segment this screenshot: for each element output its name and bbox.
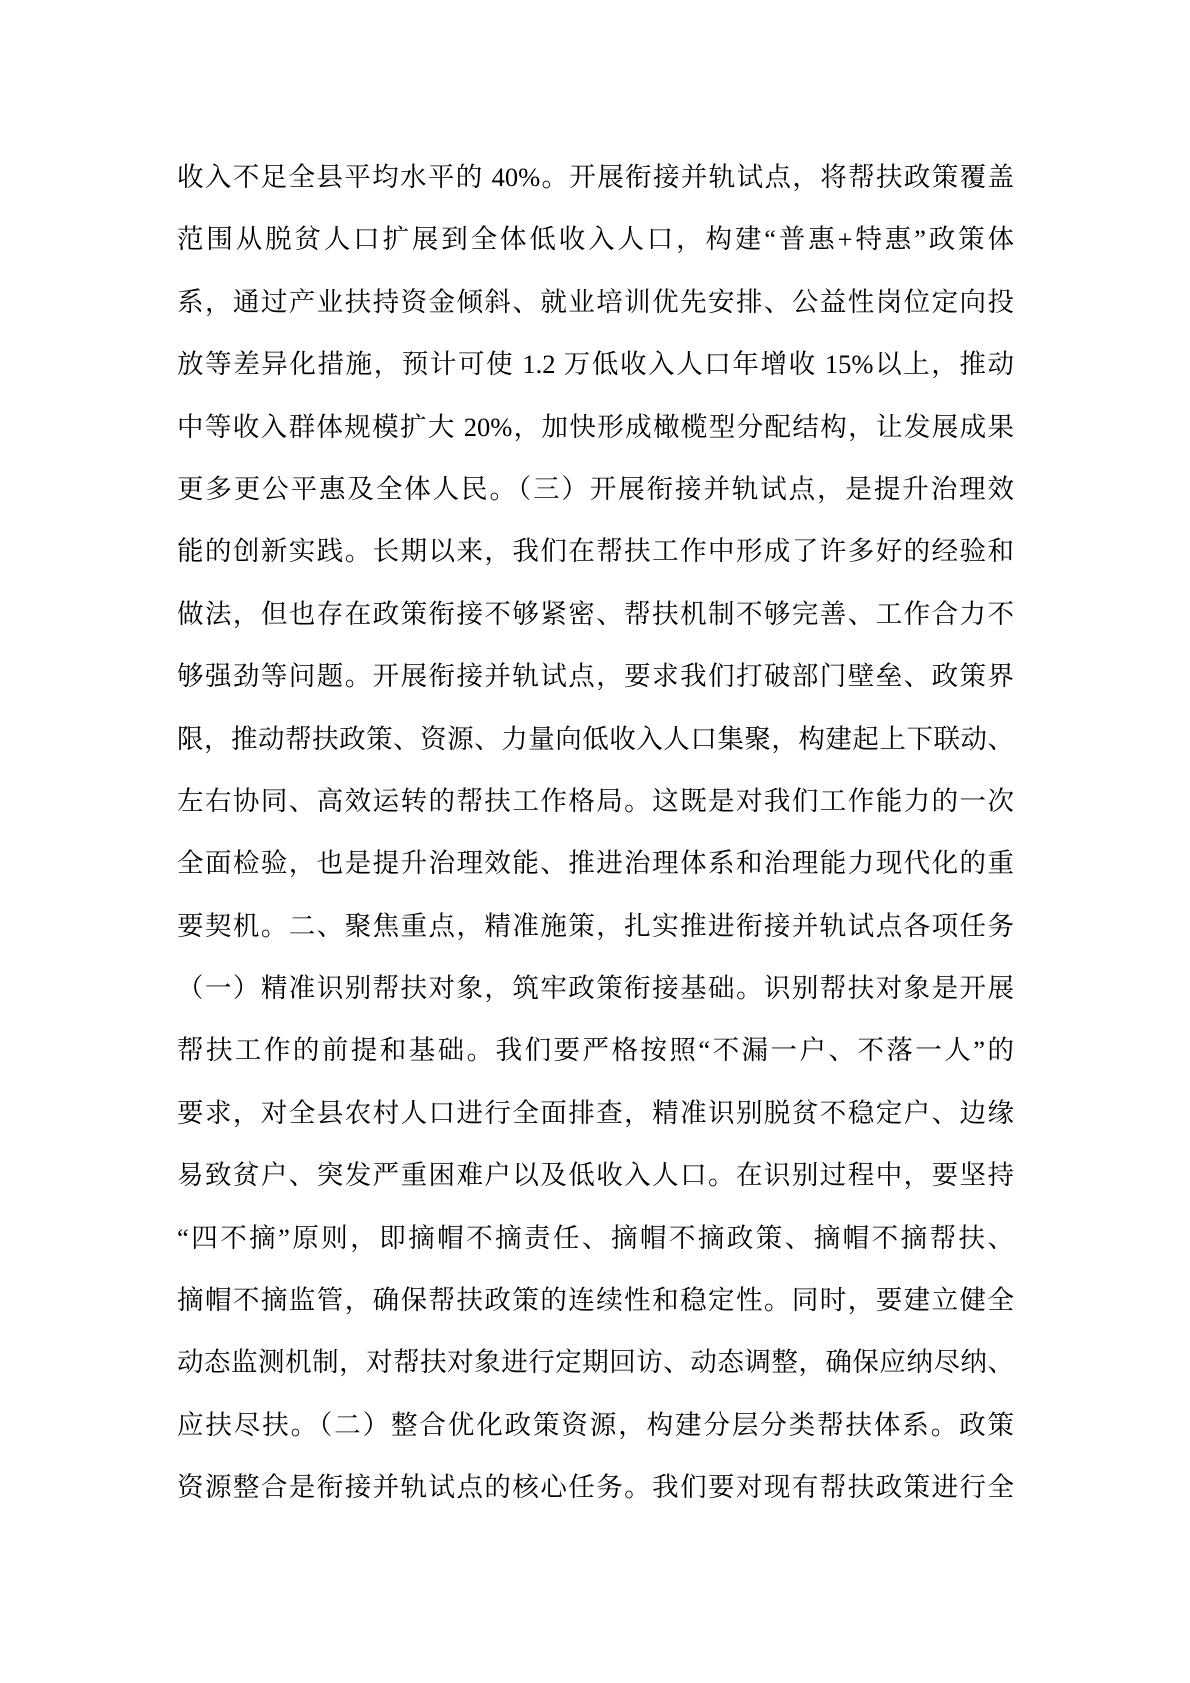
text-line: 帮扶工作的前提和基础。我们要严格按照“不漏一户、不落一人”的 — [177, 1019, 1014, 1081]
text-line: 做法，但也存在政策衔接不够紧密、帮扶机制不够完善、工作合力不 — [177, 583, 1014, 645]
text-line: 左右协同、高效运转的帮扶工作格局。这既是对我们工作能力的一次 — [177, 770, 1014, 832]
text-line: 全面检验，也是提升治理效能、推进治理体系和治理能力现代化的重 — [177, 832, 1014, 894]
text-line: 摘帽不摘监管，确保帮扶政策的连续性和稳定性。同时，要建立健全 — [177, 1269, 1014, 1331]
text-line: 系，通过产业扶持资金倾斜、就业培训优先安排、公益性岗位定向投 — [177, 271, 1014, 333]
text-line: 动态监测机制，对帮扶对象进行定期回访、动态调整，确保应纳尽纳、 — [177, 1331, 1014, 1393]
text-line: 资源整合是衔接并轨试点的核心任务。我们要对现有帮扶政策进行全 — [177, 1456, 1014, 1518]
text-line: 限，推动帮扶政策、资源、力量向低收入人口集聚，构建起上下联动、 — [177, 708, 1014, 770]
text-line: 要求，对全县农村人口进行全面排查，精准识别脱贫不稳定户、边缘 — [177, 1082, 1014, 1144]
text-line: 范围从脱贫人口扩展到全体低收入人口，构建“普惠+特惠”政策体 — [177, 208, 1014, 270]
text-line: 要契机。二、聚焦重点，精准施策，扎实推进衔接并轨试点各项任务 — [177, 895, 1014, 957]
text-line: 中等收入群体规模扩大 20%，加快形成橄榄型分配结构，让发展成果 — [177, 396, 1014, 458]
text-line: 能的创新实践。长期以来，我们在帮扶工作中形成了许多好的经验和 — [177, 520, 1014, 582]
text-line: 更多更公平惠及全体人民。（三）开展衔接并轨试点，是提升治理效 — [177, 458, 1014, 520]
text-line: 放等差异化措施，预计可使 1.2 万低收入人口年增收 15%以上，推动 — [177, 333, 1014, 395]
text-line: 易致贫户、突发严重困难户以及低收入人口。在识别过程中，要坚持 — [177, 1144, 1014, 1206]
text-line: “四不摘”原则，即摘帽不摘责任、摘帽不摘政策、摘帽不摘帮扶、 — [177, 1207, 1014, 1269]
text-line: 收入不足全县平均水平的 40%。开展衔接并轨试点，将帮扶政策覆盖 — [177, 146, 1014, 208]
document-body: 收入不足全县平均水平的 40%。开展衔接并轨试点，将帮扶政策覆盖范围从脱贫人口扩… — [177, 146, 1014, 1519]
text-line: 够强劲等问题。开展衔接并轨试点，要求我们打破部门壁垒、政策界 — [177, 645, 1014, 707]
text-line: （一）精准识别帮扶对象，筑牢政策衔接基础。识别帮扶对象是开展 — [177, 957, 1014, 1019]
document-page: 收入不足全县平均水平的 40%。开展衔接并轨试点，将帮扶政策覆盖范围从脱贫人口扩… — [0, 0, 1190, 1683]
text-line: 应扶尽扶。（二）整合优化政策资源，构建分层分类帮扶体系。政策 — [177, 1394, 1014, 1456]
